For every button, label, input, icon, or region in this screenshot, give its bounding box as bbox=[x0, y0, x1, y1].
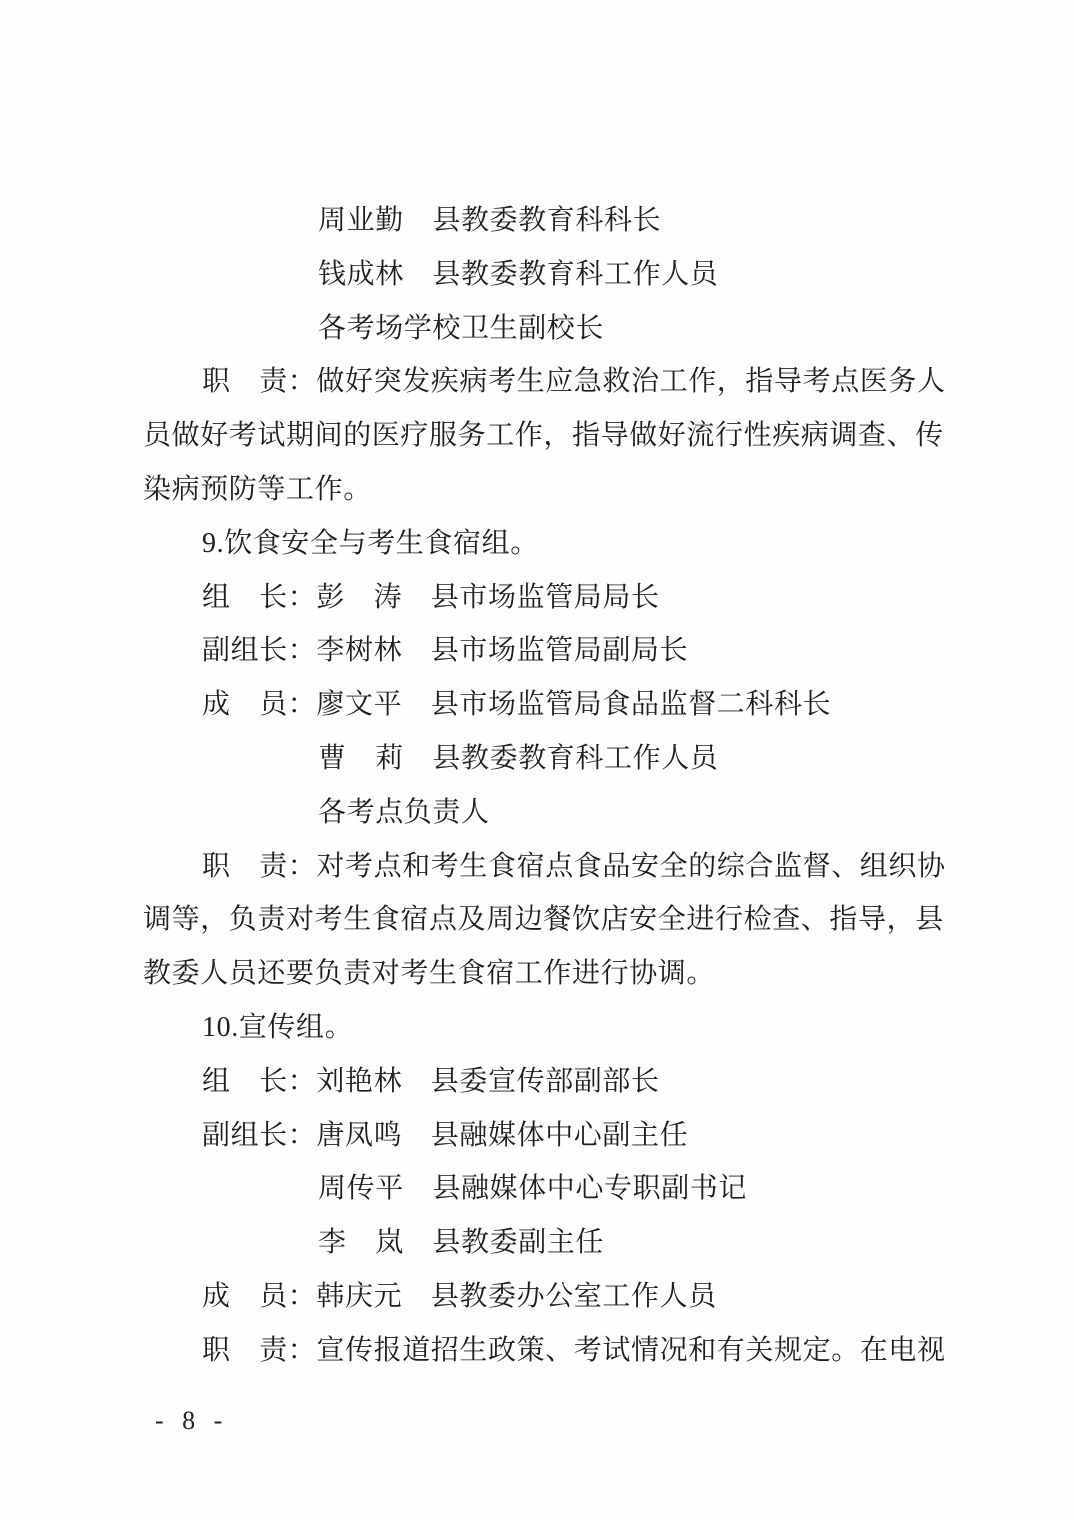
document-line: 职 责：做好突发疾病考生应急救治工作，指导考点医务人 bbox=[202, 355, 1003, 409]
document-line: 成 员：廖文平 县市场监管局食品监督二科科长 bbox=[202, 678, 1003, 732]
document-line: 副组长：李树林 县市场监管局副局长 bbox=[202, 624, 1003, 678]
document-line: 职 责：对考点和考生食宿点食品安全的综合监督、组织协 bbox=[202, 840, 1003, 894]
page-number: - 8 - bbox=[155, 1406, 228, 1436]
document-text-block: 周业勤 县教委教育科科长 钱成林 县教委教育科工作人员 各考场学校卫生副校长 职… bbox=[143, 194, 1003, 1378]
document-page: 周业勤 县教委教育科科长 钱成林 县教委教育科工作人员 各考场学校卫生副校长 职… bbox=[0, 0, 1074, 1520]
document-line: 钱成林 县教委教育科工作人员 bbox=[318, 248, 1003, 302]
document-line: 染病预防等工作。 bbox=[143, 463, 1003, 517]
document-line: 9.饮食安全与考生食宿组。 bbox=[202, 517, 1003, 571]
document-line: 组 长：刘艳林 县委宣传部副部长 bbox=[202, 1055, 1003, 1109]
document-line: 教委人员还要负责对考生食宿工作进行协调。 bbox=[143, 947, 1003, 1001]
document-line: 组 长：彭 涛 县市场监管局局长 bbox=[202, 571, 1003, 625]
document-line: 员做好考试期间的医疗服务工作，指导做好流行性疾病调查、传 bbox=[143, 409, 1003, 463]
document-line: 周业勤 县教委教育科科长 bbox=[318, 194, 1003, 248]
document-line: 曹 莉 县教委教育科工作人员 bbox=[318, 732, 1003, 786]
document-line: 各考场学校卫生副校长 bbox=[318, 302, 1003, 356]
document-line: 李 岚 县教委副主任 bbox=[318, 1216, 1003, 1270]
document-line: 副组长：唐凤鸣 县融媒体中心副主任 bbox=[202, 1109, 1003, 1163]
document-line: 各考点负责人 bbox=[318, 786, 1003, 840]
document-line: 职 责：宣传报道招生政策、考试情况和有关规定。在电视 bbox=[202, 1324, 1003, 1378]
document-line: 调等，负责对考生食宿点及周边餐饮店安全进行检查、指导，县 bbox=[143, 893, 1003, 947]
document-line: 周传平 县融媒体中心专职副书记 bbox=[318, 1162, 1003, 1216]
document-line: 成 员：韩庆元 县教委办公室工作人员 bbox=[202, 1270, 1003, 1324]
document-line: 10.宣传组。 bbox=[202, 1001, 1003, 1055]
